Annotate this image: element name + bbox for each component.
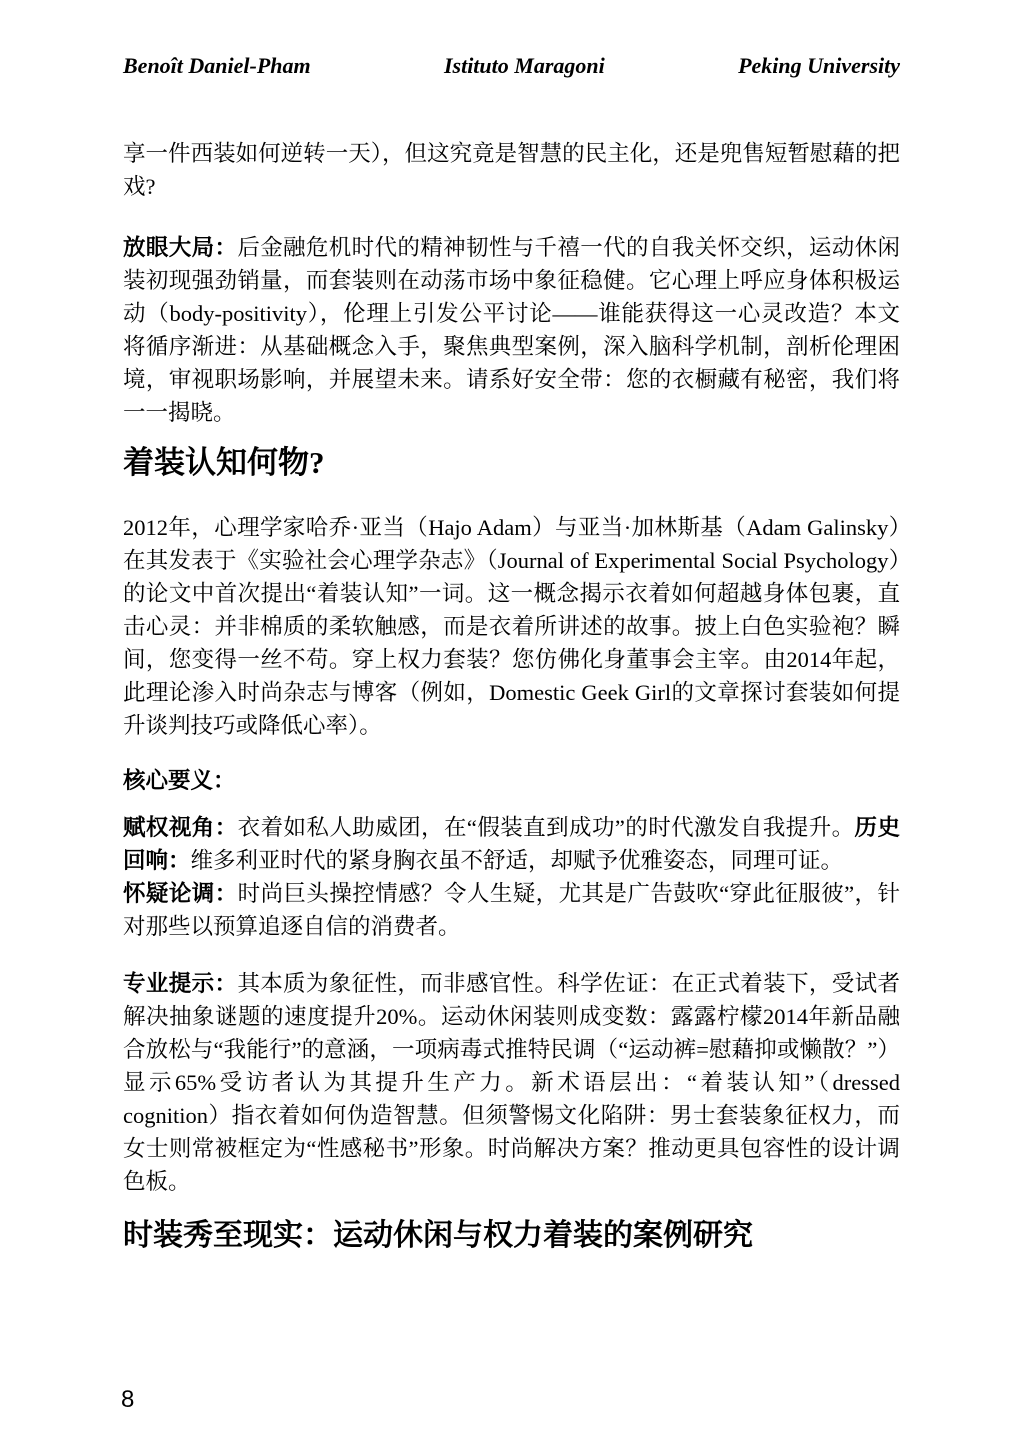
run-big-picture-label: 放眼大局： bbox=[123, 235, 237, 260]
run-pro-tip-text: 其本质为象征性，而非感官性。科学佐证：在正式着装下，受试者解决抽象谜题的速度提升… bbox=[123, 971, 900, 1194]
run-pro-tip-label: 专业提示： bbox=[123, 971, 237, 996]
paragraph-intro-question: 享一件西装如何逆转一天），但这究竟是智慧的民主化，还是兜售短暂慰藉的把戏? bbox=[123, 137, 900, 203]
paragraph-big-picture: 放眼大局：后金融危机时代的精神韧性与千禧一代的自我关怀交织，运动休闲装初现强劲销… bbox=[123, 231, 900, 429]
header-institution-1: Istituto Maragoni bbox=[444, 53, 605, 79]
header-author: Benoît Daniel-Pham bbox=[123, 53, 311, 79]
run-skeptic-text: 时尚巨头操控情感？令人生疑，尤其是广告鼓吹“穿此征服彼”，针对那些以预算追逐自信… bbox=[123, 881, 900, 939]
run-empowerment-label: 赋权视角： bbox=[123, 815, 238, 840]
run-key-points-label: 核心要义： bbox=[123, 768, 236, 793]
run-history-text: 维多利亚时代的紧身胸衣虽不舒适，却赋予优雅姿态，同理可证。 bbox=[191, 848, 844, 873]
paragraph-key-points: 赋权视角：衣着如私人助威团，在“假装直到成功”的时代激发自我提升。历史回响：维多… bbox=[123, 811, 900, 943]
page-number: 8 bbox=[121, 1386, 134, 1414]
document-page: Benoît Daniel-Pham Istituto Maragoni Pek… bbox=[0, 0, 1024, 1451]
header-institution-2: Peking University bbox=[738, 53, 900, 79]
paragraph-key-points-label: 核心要义： bbox=[123, 764, 900, 797]
paragraph-origin-2012: 2012年，心理学家哈乔·亚当（Hajo Adam）与亚当·加林斯基（Adam … bbox=[123, 511, 900, 742]
run-empowerment-text: 衣着如私人助威团，在“假装直到成功”的时代激发自我提升。 bbox=[238, 815, 855, 840]
paragraph-pro-tip: 专业提示：其本质为象征性，而非感官性。科学佐证：在正式着装下，受试者解决抽象谜题… bbox=[123, 967, 900, 1198]
run-big-picture-text: 后金融危机时代的精神韧性与千禧一代的自我关怀交织，运动休闲装初现强劲销量，而套装… bbox=[123, 235, 900, 425]
section-heading-enclothed-cognition: 着装认知何物? bbox=[123, 443, 900, 483]
section-heading-case-studies: 时装秀至现实：运动休闲与权力着装的案例研究 bbox=[123, 1216, 900, 1256]
page-header: Benoît Daniel-Pham Istituto Maragoni Pek… bbox=[123, 53, 900, 79]
run-skeptic-label: 怀疑论调： bbox=[123, 881, 238, 906]
